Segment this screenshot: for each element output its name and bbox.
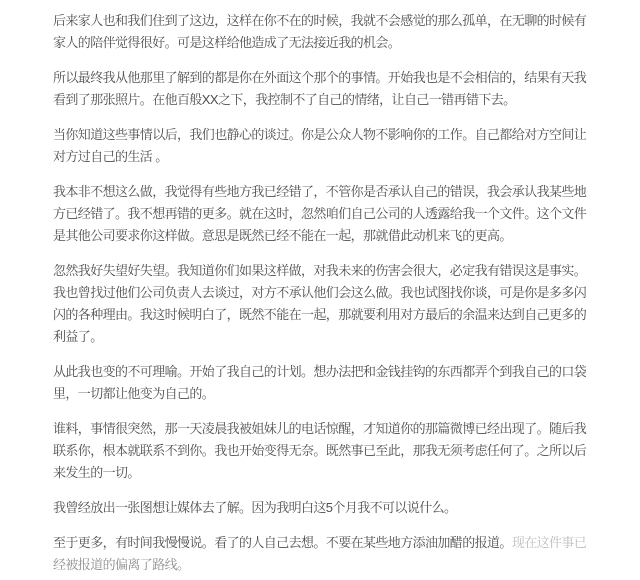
article-paragraph: 所以最终我从他那里了解到的都是你在外面这个那个的事情。开始我也是不会相信的，结果…	[53, 67, 588, 111]
article-paragraph: 我本非不想这么做，我觉得有些地方我已经错了，不管你是否承认自己的错误，我会承认我…	[53, 181, 588, 247]
article-paragraph: 当你知道这些事情以后，我们也静心的谈过。你是公众人物不影响你的工作。自己都给对方…	[53, 124, 588, 168]
article-paragraph: 后来家人也和我们住到了这边，这样在你不在的时候，我就不会感觉的那么孤单，在无聊的…	[53, 10, 588, 54]
last-paragraph-main-text: 至于更多，有时间我慢慢说。看了的人自己去想。不要在某些地方添油加醋的报道。	[53, 535, 512, 550]
last-paragraph-faded-text: 现在这件事已	[512, 535, 586, 550]
article-paragraph: 谁料，事情很突然，那一天凌晨我被姐妹儿的电话惊醒，才知道你的那篇微博已经出现了。…	[53, 418, 588, 484]
article-paragraph: 我曾经放出一张图想让媒体去了解。因为我明白这5个月我不可以说什么。	[53, 497, 588, 519]
article-paragraph: 从此我也变的不可理喻。开始了我自己的计划。想办法把和金钱挂钩的东西都弄个到我自己…	[53, 361, 588, 405]
article-paragraph: 忽然我好失望好失望。我知道你们如果这样做，对我未来的伤害会很大，必定我有错误这是…	[53, 260, 588, 348]
article-last-paragraph: 至于更多，有时间我慢慢说。看了的人自己去想。不要在某些地方添油加醋的报道。现在这…	[53, 532, 588, 576]
article-page: 后来家人也和我们住到了这边，这样在你不在的时候，我就不会感觉的那么孤单，在无聊的…	[0, 0, 640, 580]
last-paragraph-tail-text: 经被报道的偏离了路线。	[53, 557, 189, 572]
